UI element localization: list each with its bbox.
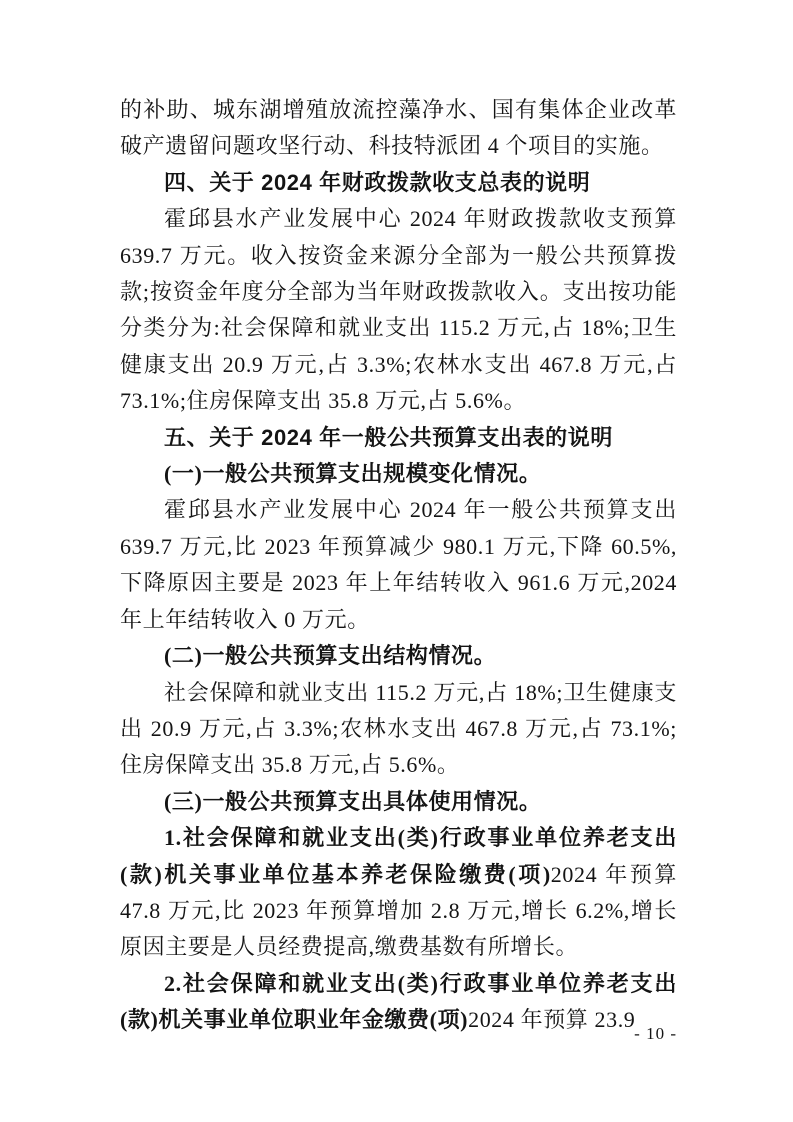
paragraph-section-5-2: 社会保障和就业支出 115.2 万元,占 18%;卫生健康支出 20.9 万元,… [120, 675, 677, 784]
heading-section-5-1: (一)一般公共预算支出规模变化情况。 [120, 456, 677, 492]
paragraph-section-5-1: 霍邱县水产业发展中心 2024 年一般公共预算支出 639.7 万元,比 202… [120, 492, 677, 638]
page-number: - 10 - [120, 1024, 677, 1044]
paragraph-item-1: 1.社会保障和就业支出(类)行政事业单位养老支出(款)机关事业单位基本养老保险缴… [120, 820, 677, 966]
paragraph-previous-continuation: 的补助、城东湖增殖放流控藻净水、国有集体企业改革破产遗留问题攻坚行动、科技特派团… [120, 92, 677, 165]
heading-section-5-2: (二)一般公共预算支出结构情况。 [120, 638, 677, 674]
paragraph-section-4: 霍邱县水产业发展中心 2024 年财政拨款收支预算 639.7 万元。收入按资金… [120, 201, 677, 419]
heading-section-5-3: (三)一般公共预算支出具体使用情况。 [120, 784, 677, 820]
document-page: 的补助、城东湖增殖放流控藻净水、国有集体企业改革破产遗留问题攻坚行动、科技特派团… [0, 0, 793, 1122]
heading-section-4: 四、关于 2024 年财政拨款收支总表的说明 [120, 165, 677, 201]
document-content: 的补助、城东湖增殖放流控藻净水、国有集体企业改革破产遗留问题攻坚行动、科技特派团… [120, 92, 677, 1039]
heading-section-5: 五、关于 2024 年一般公共预算支出表的说明 [120, 420, 677, 456]
